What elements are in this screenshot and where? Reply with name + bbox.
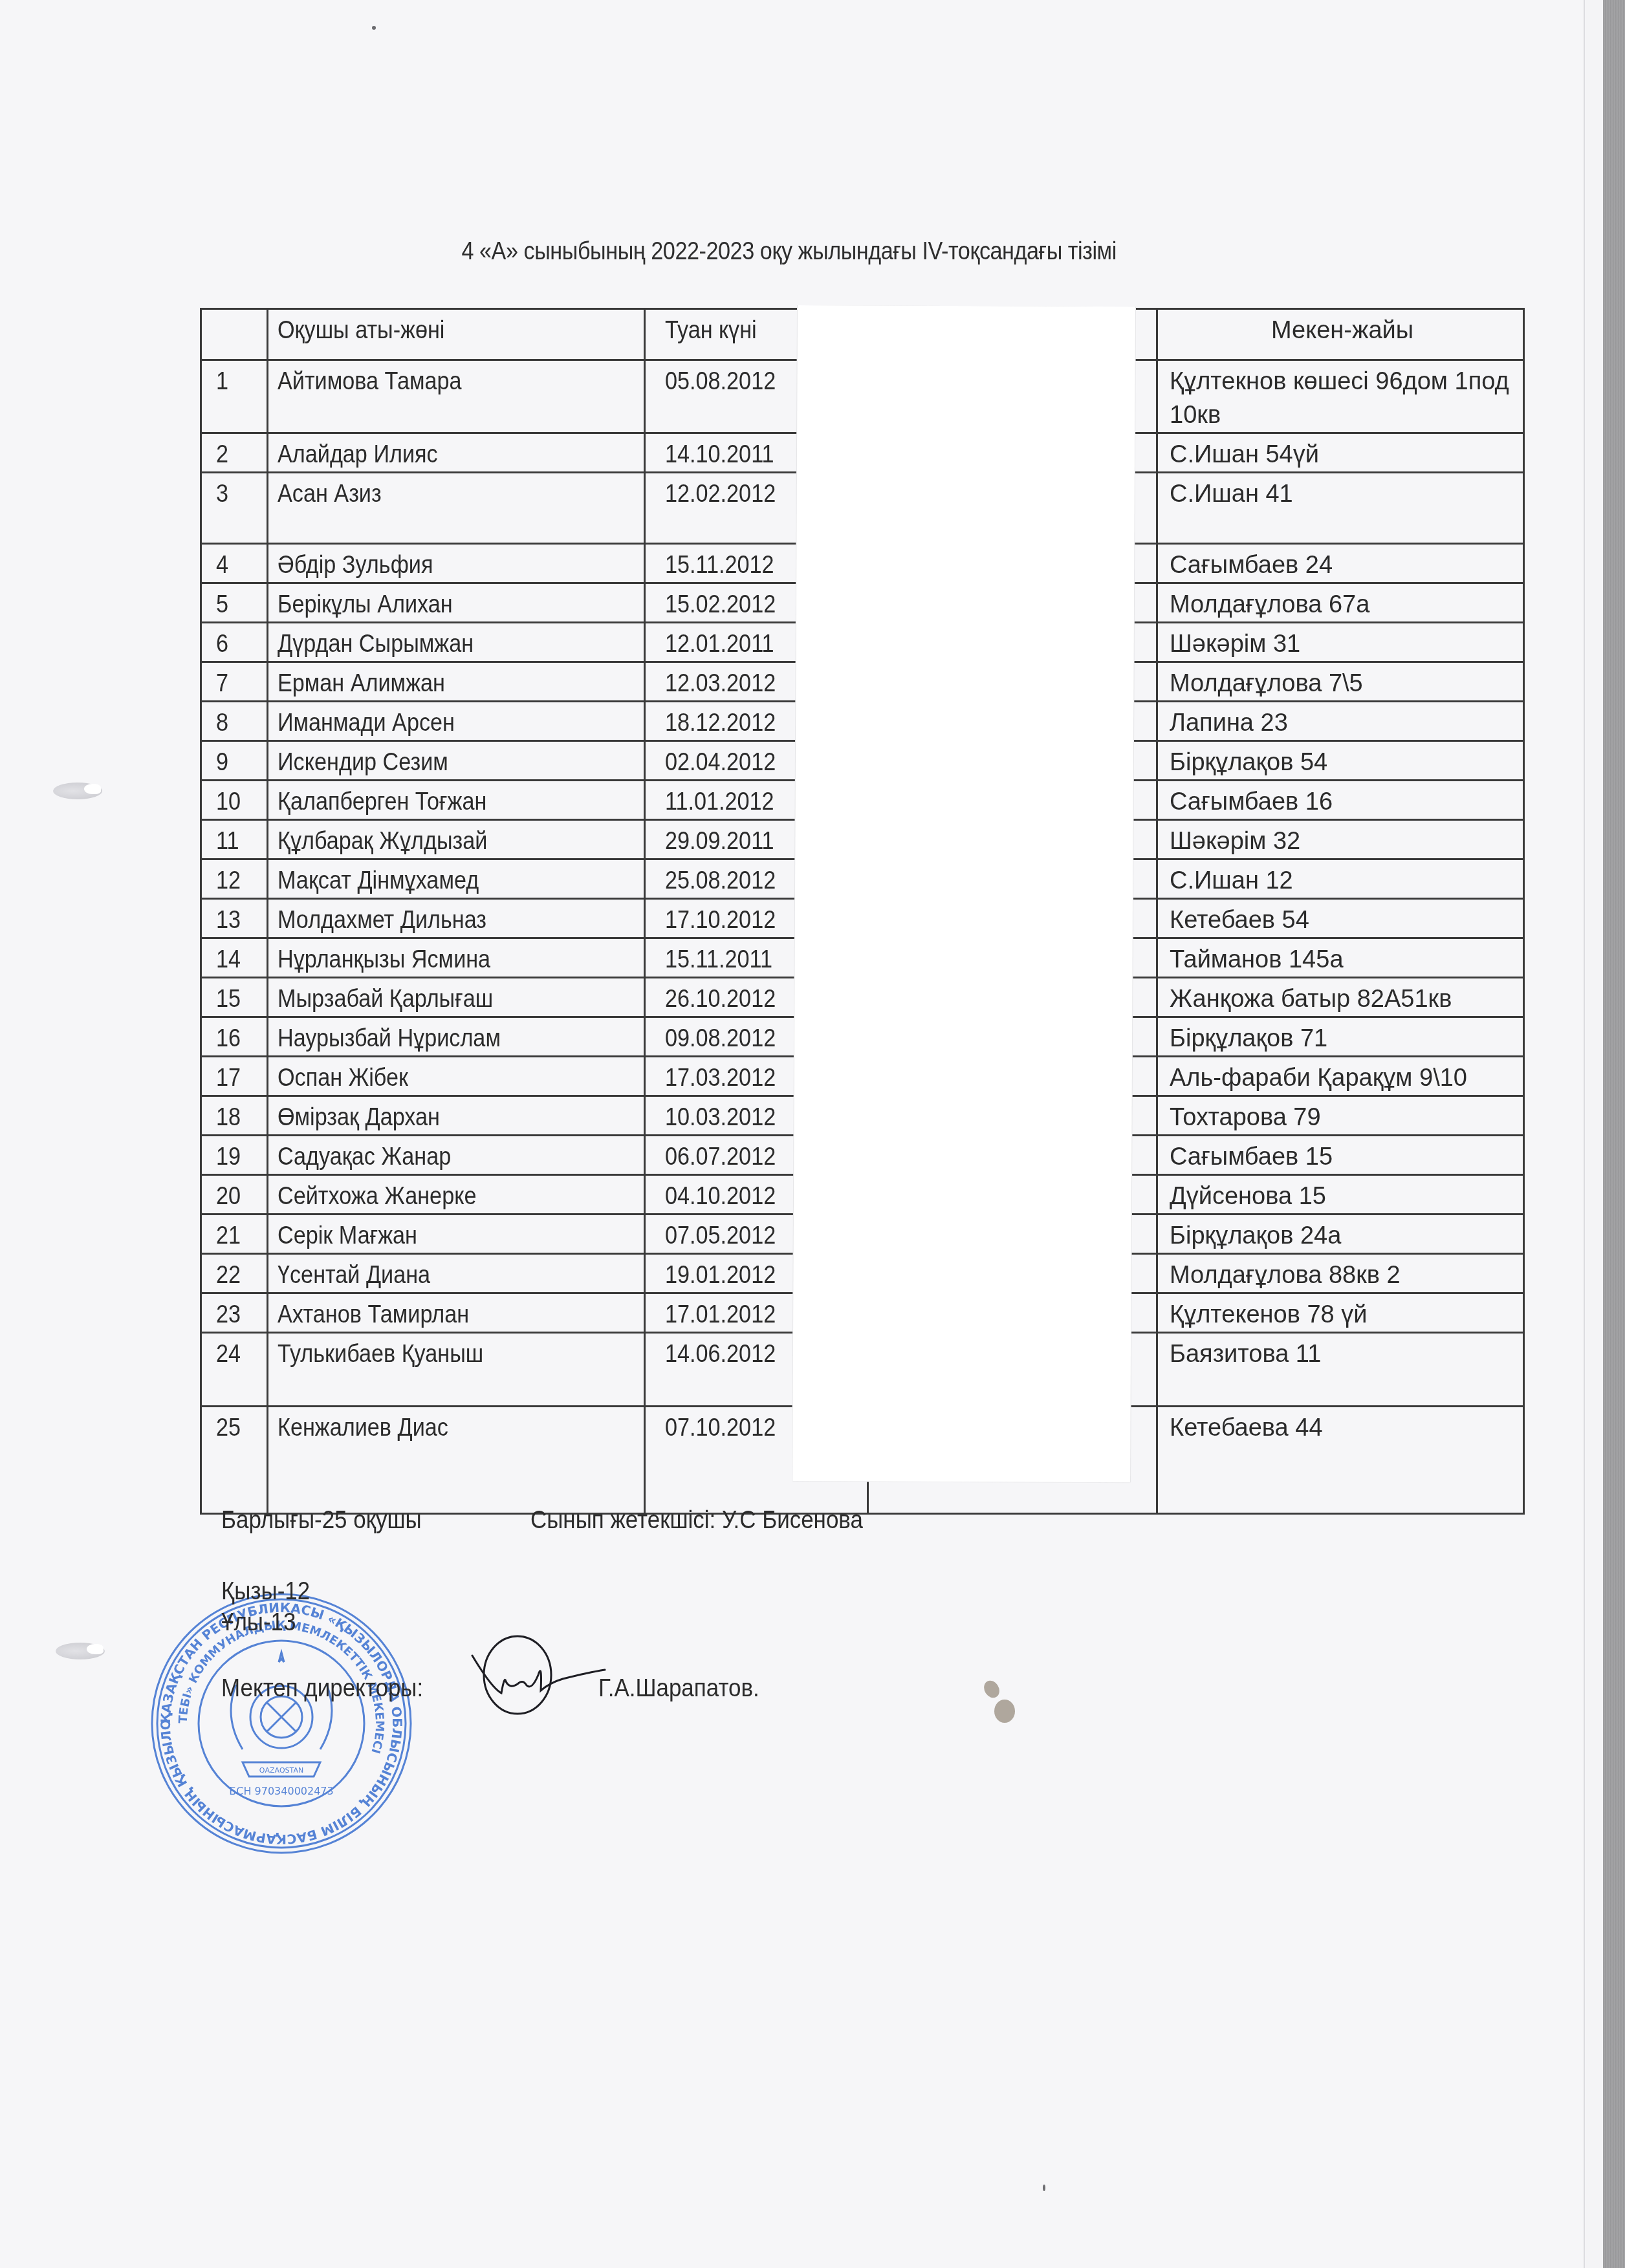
address: Сағымбаев 24 <box>1157 544 1524 583</box>
row-number: 24 <box>201 1333 268 1407</box>
director-name: Г.А.Шарапатов. <box>598 1675 773 1703</box>
student-name: Берікұлы Алихан <box>268 583 645 623</box>
row-number: 12 <box>201 859 268 899</box>
row-number: 19 <box>201 1136 268 1175</box>
row-number: 20 <box>201 1175 268 1215</box>
address: Лапина 23 <box>1157 702 1524 741</box>
address: Молдағұлова 88кв 2 <box>1157 1254 1524 1293</box>
row-number: 14 <box>201 938 268 978</box>
svg-text:БСН 970340002473: БСН 970340002473 <box>229 1785 333 1797</box>
total-students: Барлығы-25 оқушы <box>221 1507 439 1535</box>
student-name: Мырзабай Қарлығаш <box>268 978 645 1017</box>
student-name: Серік Мағжан <box>268 1215 645 1254</box>
address: Молдағұлова 67а <box>1157 583 1524 623</box>
address: Дүйсенова 15 <box>1157 1175 1524 1215</box>
girls-count: Қызы-12 <box>221 1578 318 1606</box>
address: Құлтекенов 78 үй <box>1157 1293 1524 1333</box>
student-name: Наурызбай Нұрислам <box>268 1017 645 1057</box>
row-number: 17 <box>201 1057 268 1096</box>
speck <box>372 26 376 30</box>
boys-count: Ұлы-13 <box>221 1609 303 1637</box>
redaction-sheet <box>792 305 1135 1482</box>
address: Бірқұлақов 54 <box>1157 741 1524 781</box>
row-number: 13 <box>201 899 268 938</box>
address: Бірқұлақов 24а <box>1157 1215 1524 1254</box>
header-address: Мекен-жайы <box>1157 309 1524 360</box>
student-name: Иманмади Арсен <box>268 702 645 741</box>
class-teacher: Сынып жетекшісі: У.С Бисенова <box>530 1507 892 1535</box>
address: С.Ишан 54үй <box>1157 433 1524 473</box>
student-name: Әбдір Зульфия <box>268 544 645 583</box>
student-name: Қалапберген Тоғжан <box>268 781 645 820</box>
row-number: 4 <box>201 544 268 583</box>
address: Баязитова 11 <box>1157 1333 1524 1407</box>
address: Сағымбаев 16 <box>1157 781 1524 820</box>
row-number: 1 <box>201 360 268 433</box>
student-name: Мақсат Дінмұхамед <box>268 859 645 899</box>
student-name: Сейтхожа Жанерке <box>268 1175 645 1215</box>
address: Кетебаева 44 <box>1157 1407 1524 1514</box>
student-name: Асан Азиз <box>268 473 645 544</box>
row-number: 25 <box>201 1407 268 1514</box>
student-name: Молдахмет Дильназ <box>268 899 645 938</box>
student-name: Құлбарақ Жұлдызай <box>268 820 645 859</box>
address: Аль-фараби Қарақұм 9\10 <box>1157 1057 1524 1096</box>
row-number: 23 <box>201 1293 268 1333</box>
row-number: 3 <box>201 473 268 544</box>
address: Сағымбаев 15 <box>1157 1136 1524 1175</box>
student-name: Садуақас Жанар <box>268 1136 645 1175</box>
scanner-edge <box>1603 0 1625 2268</box>
address: Кетебаев 54 <box>1157 899 1524 938</box>
address: Жанқожа батыр 82А51кв <box>1157 978 1524 1017</box>
row-number: 6 <box>201 623 268 662</box>
row-number: 21 <box>201 1215 268 1254</box>
row-number: 10 <box>201 781 268 820</box>
row-number: 8 <box>201 702 268 741</box>
row-number: 16 <box>201 1017 268 1057</box>
student-name: Нұрланқызы Ясмина <box>268 938 645 978</box>
address: Шәкәрім 32 <box>1157 820 1524 859</box>
punch-hole-icon <box>53 783 102 799</box>
document-title: 4 «А» сыныбының 2022-2023 оқу жылындағы … <box>76 238 1501 266</box>
address: Бірқұлақов 71 <box>1157 1017 1524 1057</box>
director-label: Мектеп директоры: <box>221 1675 441 1703</box>
student-name: Алайдар Илияс <box>268 433 645 473</box>
student-name: Тулькибаев Қуаныш <box>268 1333 645 1407</box>
student-name: Кенжалиев Диас <box>268 1407 645 1514</box>
student-name: Өмірзақ Дархан <box>268 1096 645 1136</box>
row-number: 7 <box>201 662 268 702</box>
student-name: Дүрдан Сырымжан <box>268 623 645 662</box>
address: С.Ишан 41 <box>1157 473 1524 544</box>
student-name: Үсентай Диана <box>268 1254 645 1293</box>
row-number: 5 <box>201 583 268 623</box>
address: Құлтекнов көшесі 96дом 1под 10кв <box>1157 360 1524 433</box>
svg-text:QAZAQSTAN: QAZAQSTAN <box>259 1766 303 1775</box>
address: С.Ишан 12 <box>1157 859 1524 899</box>
row-number: 11 <box>201 820 268 859</box>
header-number <box>201 309 268 360</box>
row-number: 22 <box>201 1254 268 1293</box>
speck <box>1043 2185 1045 2191</box>
address: Молдағұлова 7\5 <box>1157 662 1524 702</box>
row-number: 2 <box>201 433 268 473</box>
address: Тайманов 145а <box>1157 938 1524 978</box>
student-name: Искендир Сезим <box>268 741 645 781</box>
header-name: Оқушы аты-жөні <box>268 309 645 360</box>
row-number: 18 <box>201 1096 268 1136</box>
student-name: Айтимова Тамара <box>268 360 645 433</box>
student-name: Ахтанов Тамирлан <box>268 1293 645 1333</box>
stain <box>994 1700 1015 1723</box>
address: Шәкәрім 31 <box>1157 623 1524 662</box>
address: Тохтарова 79 <box>1157 1096 1524 1136</box>
student-name: Оспан Жібек <box>268 1057 645 1096</box>
student-name: Ерман Алимжан <box>268 662 645 702</box>
row-number: 15 <box>201 978 268 1017</box>
punch-hole-icon <box>56 1643 105 1659</box>
row-number: 9 <box>201 741 268 781</box>
